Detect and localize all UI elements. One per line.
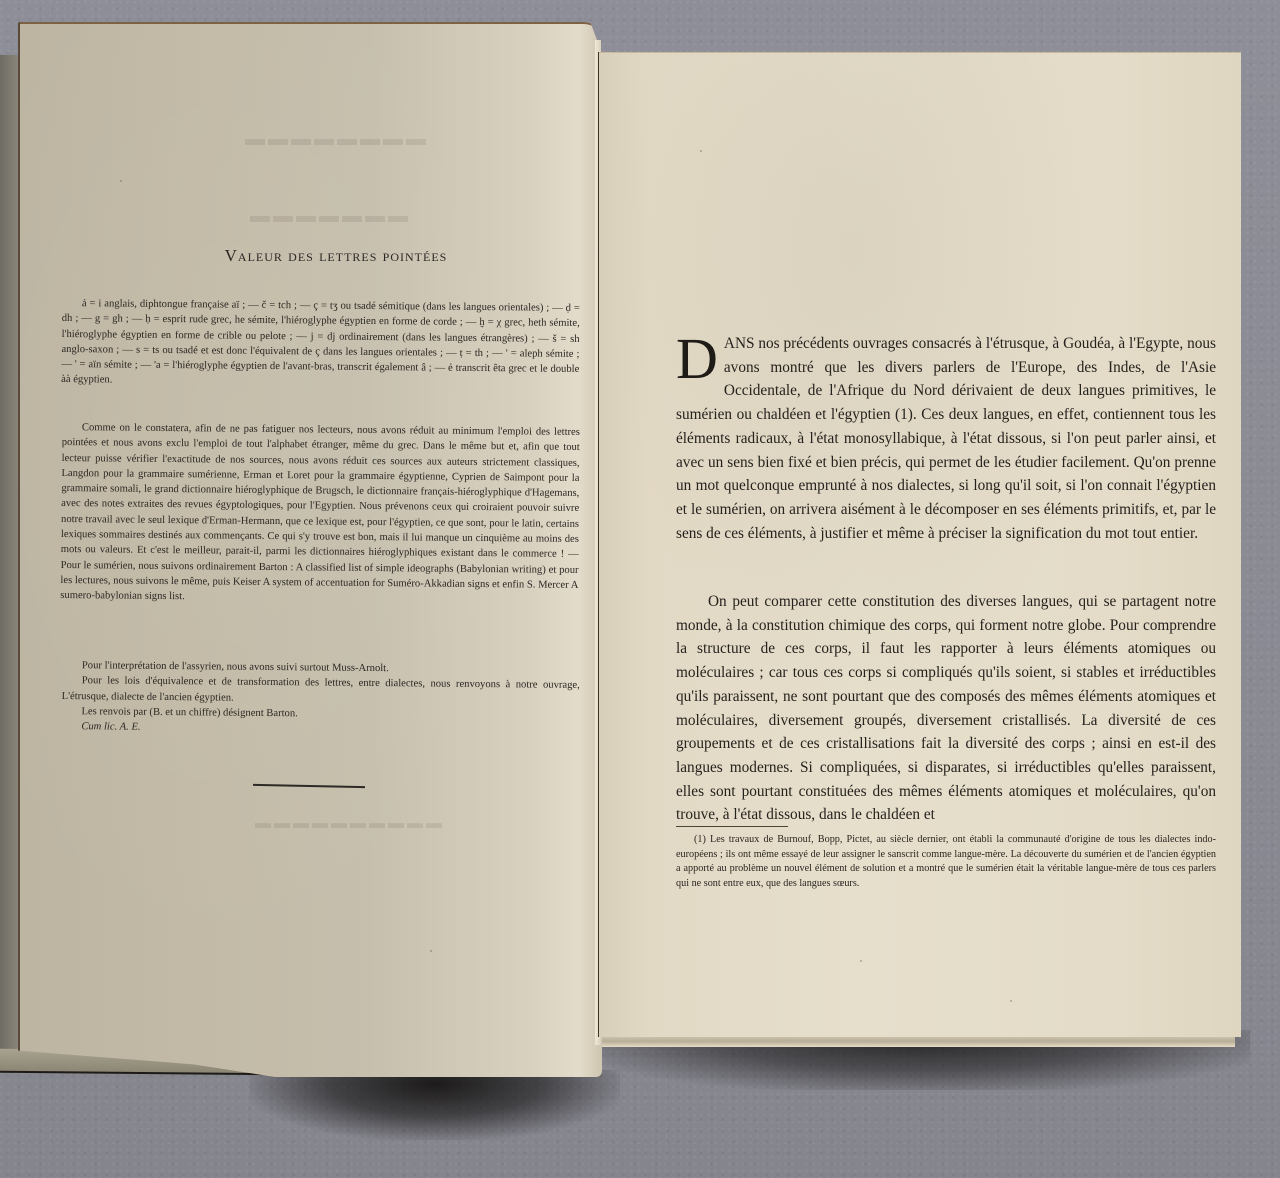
sources-text: Comme on le constatera, afin de ne pas f… xyxy=(60,420,580,609)
sources-paragraph: Comme on le constatera, afin de ne pas f… xyxy=(60,420,580,609)
opening-paragraph: D ANS nos précédents ouvrages consacrés … xyxy=(676,332,1216,545)
drop-cap: D xyxy=(676,336,718,382)
second-paragraph: On peut comparer cette constitution des … xyxy=(676,590,1216,827)
laws-note: Pour les lois d'équivalence et de transf… xyxy=(62,673,580,709)
paper-speck xyxy=(430,950,432,952)
notation-text: ả = i anglais, diphtongue française aï ;… xyxy=(61,296,580,393)
paper-speck xyxy=(120,180,122,182)
paper-speck xyxy=(700,150,702,152)
footnote: (1) Les travaux de Burnouf, Bopp, Pictet… xyxy=(676,833,1216,892)
notation-paragraph: ả = i anglais, diphtongue française aï ;… xyxy=(61,296,580,393)
footnote-rule xyxy=(676,826,788,827)
page-shadow xyxy=(250,1070,620,1140)
second-text: On peut comparer cette constitution des … xyxy=(676,590,1216,827)
closing-notes: Pour l'interprétation de l'assyrien, nou… xyxy=(61,658,580,739)
bleed-through-text: ▬▬▬▬▬▬▬ xyxy=(250,205,411,228)
bleed-through-text: ▬▬▬▬▬▬▬▬ xyxy=(245,128,429,151)
opening-text: ANS nos précédents ouvrages consacrés à … xyxy=(676,335,1216,542)
bleed-through-text: ▬▬▬▬▬▬▬▬▬▬ xyxy=(255,815,445,833)
paper-speck xyxy=(1010,1000,1012,1002)
page-title: Valeur des lettres pointées xyxy=(176,246,496,266)
footnote-text: (1) Les travaux de Burnouf, Bopp, Pictet… xyxy=(676,833,1216,892)
paper-speck xyxy=(860,960,862,962)
